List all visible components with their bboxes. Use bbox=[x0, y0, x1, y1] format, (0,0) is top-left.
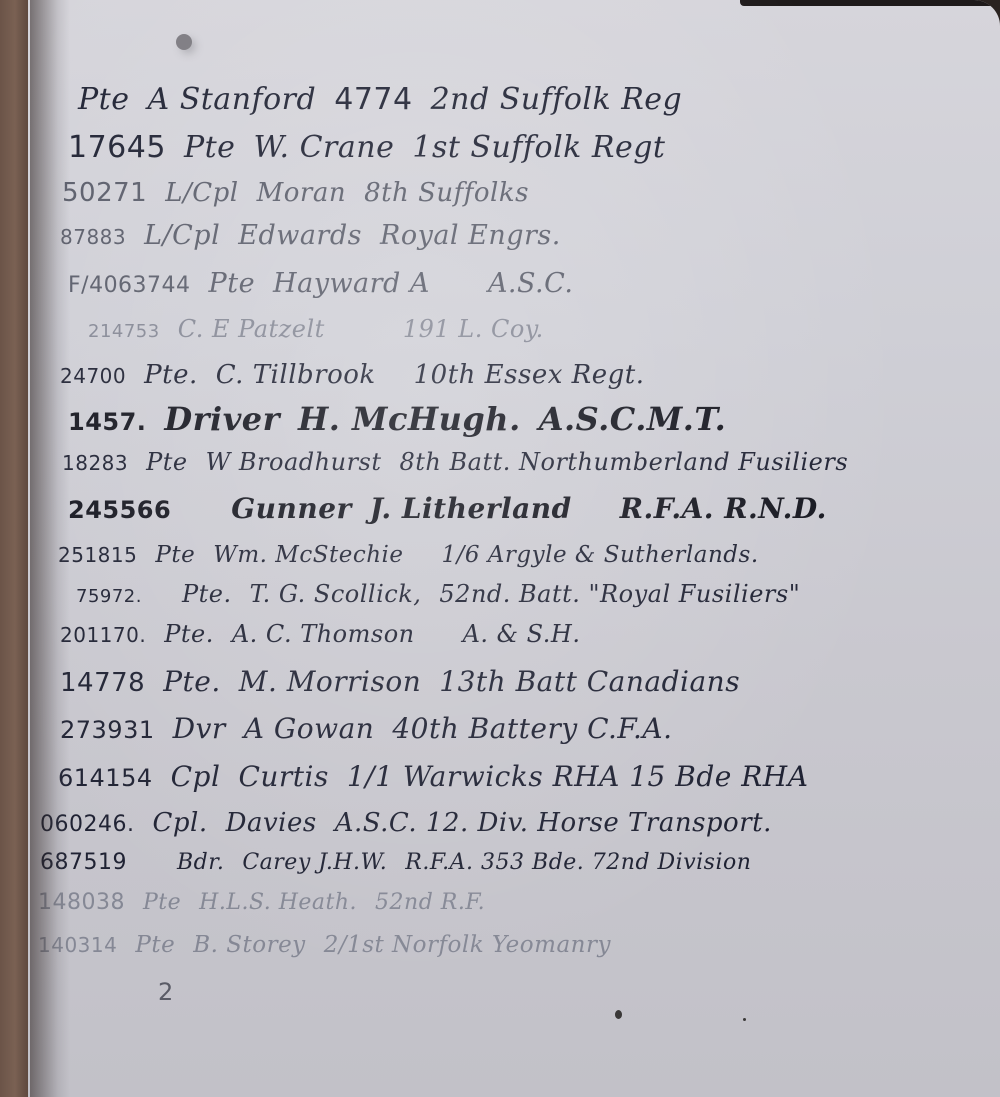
ink-speck bbox=[615, 1010, 622, 1019]
entry-unit: 191 L. Coy. bbox=[403, 315, 544, 343]
book-spine bbox=[0, 0, 30, 1097]
entry-rank: Pte. bbox=[182, 580, 232, 608]
register-entry: 687519Bdr.Carey J.H.W.R.F.A. 353 Bde. 72… bbox=[40, 850, 769, 875]
entry-name: A. C. Thomson bbox=[232, 620, 415, 648]
entry-number: 75972. bbox=[76, 586, 142, 607]
entry-rank: Pte. bbox=[164, 620, 214, 648]
ink-blot bbox=[176, 34, 192, 50]
entry-rank: Pte bbox=[78, 82, 130, 117]
register-entry: 245566GunnerJ. LitherlandR.F.A. R.N.D. bbox=[68, 492, 845, 525]
register-entry: 1457.DriverH. McHugh.A.S.C.M.T. bbox=[68, 400, 744, 438]
entry-rank: Pte. bbox=[163, 665, 221, 698]
entry-rank: Bdr. bbox=[177, 850, 224, 875]
entry-name: W Broadhurst bbox=[206, 448, 382, 476]
entry-name: Wm. McStechie bbox=[213, 542, 403, 568]
entry-unit: 2/1st Norfolk Yeomanry bbox=[324, 932, 611, 958]
entry-name: Edwards bbox=[238, 220, 362, 251]
entry-rank: Pte bbox=[209, 268, 256, 299]
entry-unit: 52nd. Batt. "Royal Fusiliers" bbox=[439, 580, 800, 608]
entry-name: M. Morrison bbox=[239, 665, 421, 698]
entry-rank: Pte bbox=[184, 130, 236, 165]
entry-number: 214753 bbox=[88, 321, 160, 342]
register-entry: 214753C. E Patzelt191 L. Coy. bbox=[88, 315, 562, 343]
ink-speck bbox=[743, 1018, 746, 1021]
entry-number: 1457. bbox=[68, 408, 146, 436]
entry-number: 18283 bbox=[62, 451, 128, 475]
entry-unit: 1/1 Warwicks RHA 15 Bde RHA bbox=[347, 760, 809, 793]
entry-rank: Pte bbox=[146, 448, 188, 476]
entry-unit: 10th Essex Regt. bbox=[414, 360, 645, 390]
register-entry: 75972.Pte.T. G. Scollick,52nd. Batt. "Ro… bbox=[76, 580, 818, 608]
entry-rank: Pte bbox=[143, 890, 181, 915]
register-entry: 201170.Pte.A. C. ThomsonA. & S.H. bbox=[60, 620, 598, 648]
entry-name: C. E Patzelt bbox=[178, 315, 325, 343]
entry-name: C. Tillbrook bbox=[216, 360, 376, 390]
register-entry: 24700Pte.C. Tillbrook10th Essex Regt. bbox=[60, 360, 662, 390]
entry-number: 201170. bbox=[60, 623, 146, 647]
entry-unit: 1st Suffolk Regt bbox=[412, 130, 665, 165]
register-entry: 87883L/CplEdwardsRoyal Engrs. bbox=[60, 220, 579, 251]
entry-number: 17645 bbox=[68, 130, 166, 165]
entry-rank: Pte bbox=[155, 542, 195, 568]
entry-unit: R.F.A. R.N.D. bbox=[620, 492, 827, 525]
entry-number: 273931 bbox=[60, 716, 155, 744]
gutter-shadow bbox=[30, 0, 70, 1097]
entry-number: 245566 bbox=[68, 496, 171, 524]
register-entry: 060246.Cpl.DaviesA.S.C. 12. Div. Horse T… bbox=[40, 808, 790, 838]
entry-unit: Royal Engrs. bbox=[380, 220, 561, 251]
entry-unit: A.S.C. 12. Div. Horse Transport. bbox=[335, 808, 772, 838]
entry-number: 614154 bbox=[58, 764, 153, 792]
entry-name: Hayward A bbox=[273, 268, 430, 299]
entry-unit: 52nd R.F. bbox=[375, 890, 485, 915]
entry-number: 14778 bbox=[60, 668, 145, 698]
entry-unit: A. & S.H. bbox=[463, 620, 581, 648]
entry-name: Moran bbox=[257, 178, 346, 208]
register-entry: 148038PteH.L.S. Heath.52nd R.F. bbox=[38, 890, 503, 915]
entry-name: Carey J.H.W. bbox=[242, 850, 387, 875]
entry-name: H.L.S. Heath. bbox=[199, 890, 357, 915]
entry-rank: Gunner bbox=[231, 492, 352, 525]
entry-number: 50271 bbox=[62, 178, 147, 208]
entry-number: 4774 bbox=[334, 82, 412, 117]
page-top-edge bbox=[740, 0, 1000, 6]
register-entry: 14778Pte.M. Morrison13th Batt Canadians bbox=[60, 665, 758, 698]
entry-name: W. Crane bbox=[253, 130, 394, 165]
entry-name: B. Storey bbox=[193, 932, 305, 958]
entry-unit: 13th Batt Canadians bbox=[439, 665, 740, 698]
entry-name: Curtis bbox=[238, 760, 328, 793]
entry-rank: L/Cpl bbox=[144, 220, 220, 251]
page-number: 2 bbox=[158, 978, 173, 1006]
entry-rank: L/Cpl bbox=[165, 178, 238, 208]
entry-unit: R.F.A. 353 Bde. 72nd Division bbox=[405, 850, 751, 875]
entry-unit: A.S.C.M.T. bbox=[539, 400, 727, 438]
register-entry: F/4063744PteHayward AA.S.C. bbox=[68, 268, 591, 299]
register-entry: 18283PteW Broadhurst8th Batt. Northumber… bbox=[62, 448, 866, 476]
entry-unit: 1/6 Argyle & Sutherlands. bbox=[441, 542, 758, 568]
entry-name: Davies bbox=[226, 808, 317, 838]
photo-scene: PteA Stanford47742nd Suffolk Reg 17645Pt… bbox=[0, 0, 1000, 1097]
entry-unit: 2nd Suffolk Reg bbox=[431, 82, 683, 117]
entry-rank: Cpl bbox=[171, 760, 221, 793]
entry-rank: Pte bbox=[135, 932, 175, 958]
register-entry: 251815PteWm. McStechie1/6 Argyle & Suthe… bbox=[58, 542, 777, 568]
entry-rank: Dvr bbox=[173, 712, 226, 745]
entry-unit: A.S.C. bbox=[488, 268, 573, 299]
entry-unit: 8th Batt. Northumberland Fusiliers bbox=[400, 448, 849, 476]
register-entry: 17645PteW. Crane1st Suffolk Regt bbox=[68, 130, 684, 165]
entry-name: T. G. Scollick, bbox=[250, 580, 422, 608]
entry-name: A Stanford bbox=[148, 82, 317, 117]
entry-unit: 40th Battery C.F.A. bbox=[392, 712, 672, 745]
register-entry: 614154CplCurtis1/1 Warwicks RHA 15 Bde R… bbox=[58, 760, 826, 793]
entry-name: H. McHugh. bbox=[298, 400, 521, 438]
entry-name: J. Litherland bbox=[370, 492, 572, 525]
entry-number: F/4063744 bbox=[68, 273, 191, 298]
entry-rank: Pte. bbox=[144, 360, 198, 390]
register-entry: 140314PteB. Storey2/1st Norfolk Yeomanry bbox=[38, 932, 629, 958]
entry-rank: Cpl. bbox=[152, 808, 207, 838]
register-entry: 273931DvrA Gowan40th Battery C.F.A. bbox=[60, 712, 691, 745]
register-entry: 50271L/CplMoran8th Suffolks bbox=[62, 178, 547, 208]
register-page: PteA Stanford47742nd Suffolk Reg 17645Pt… bbox=[28, 0, 1000, 1097]
entry-unit: 8th Suffolks bbox=[364, 178, 529, 208]
entry-name: A Gowan bbox=[244, 712, 375, 745]
register-entry: PteA Stanford47742nd Suffolk Reg bbox=[78, 82, 700, 117]
entry-rank: Driver bbox=[164, 400, 280, 438]
